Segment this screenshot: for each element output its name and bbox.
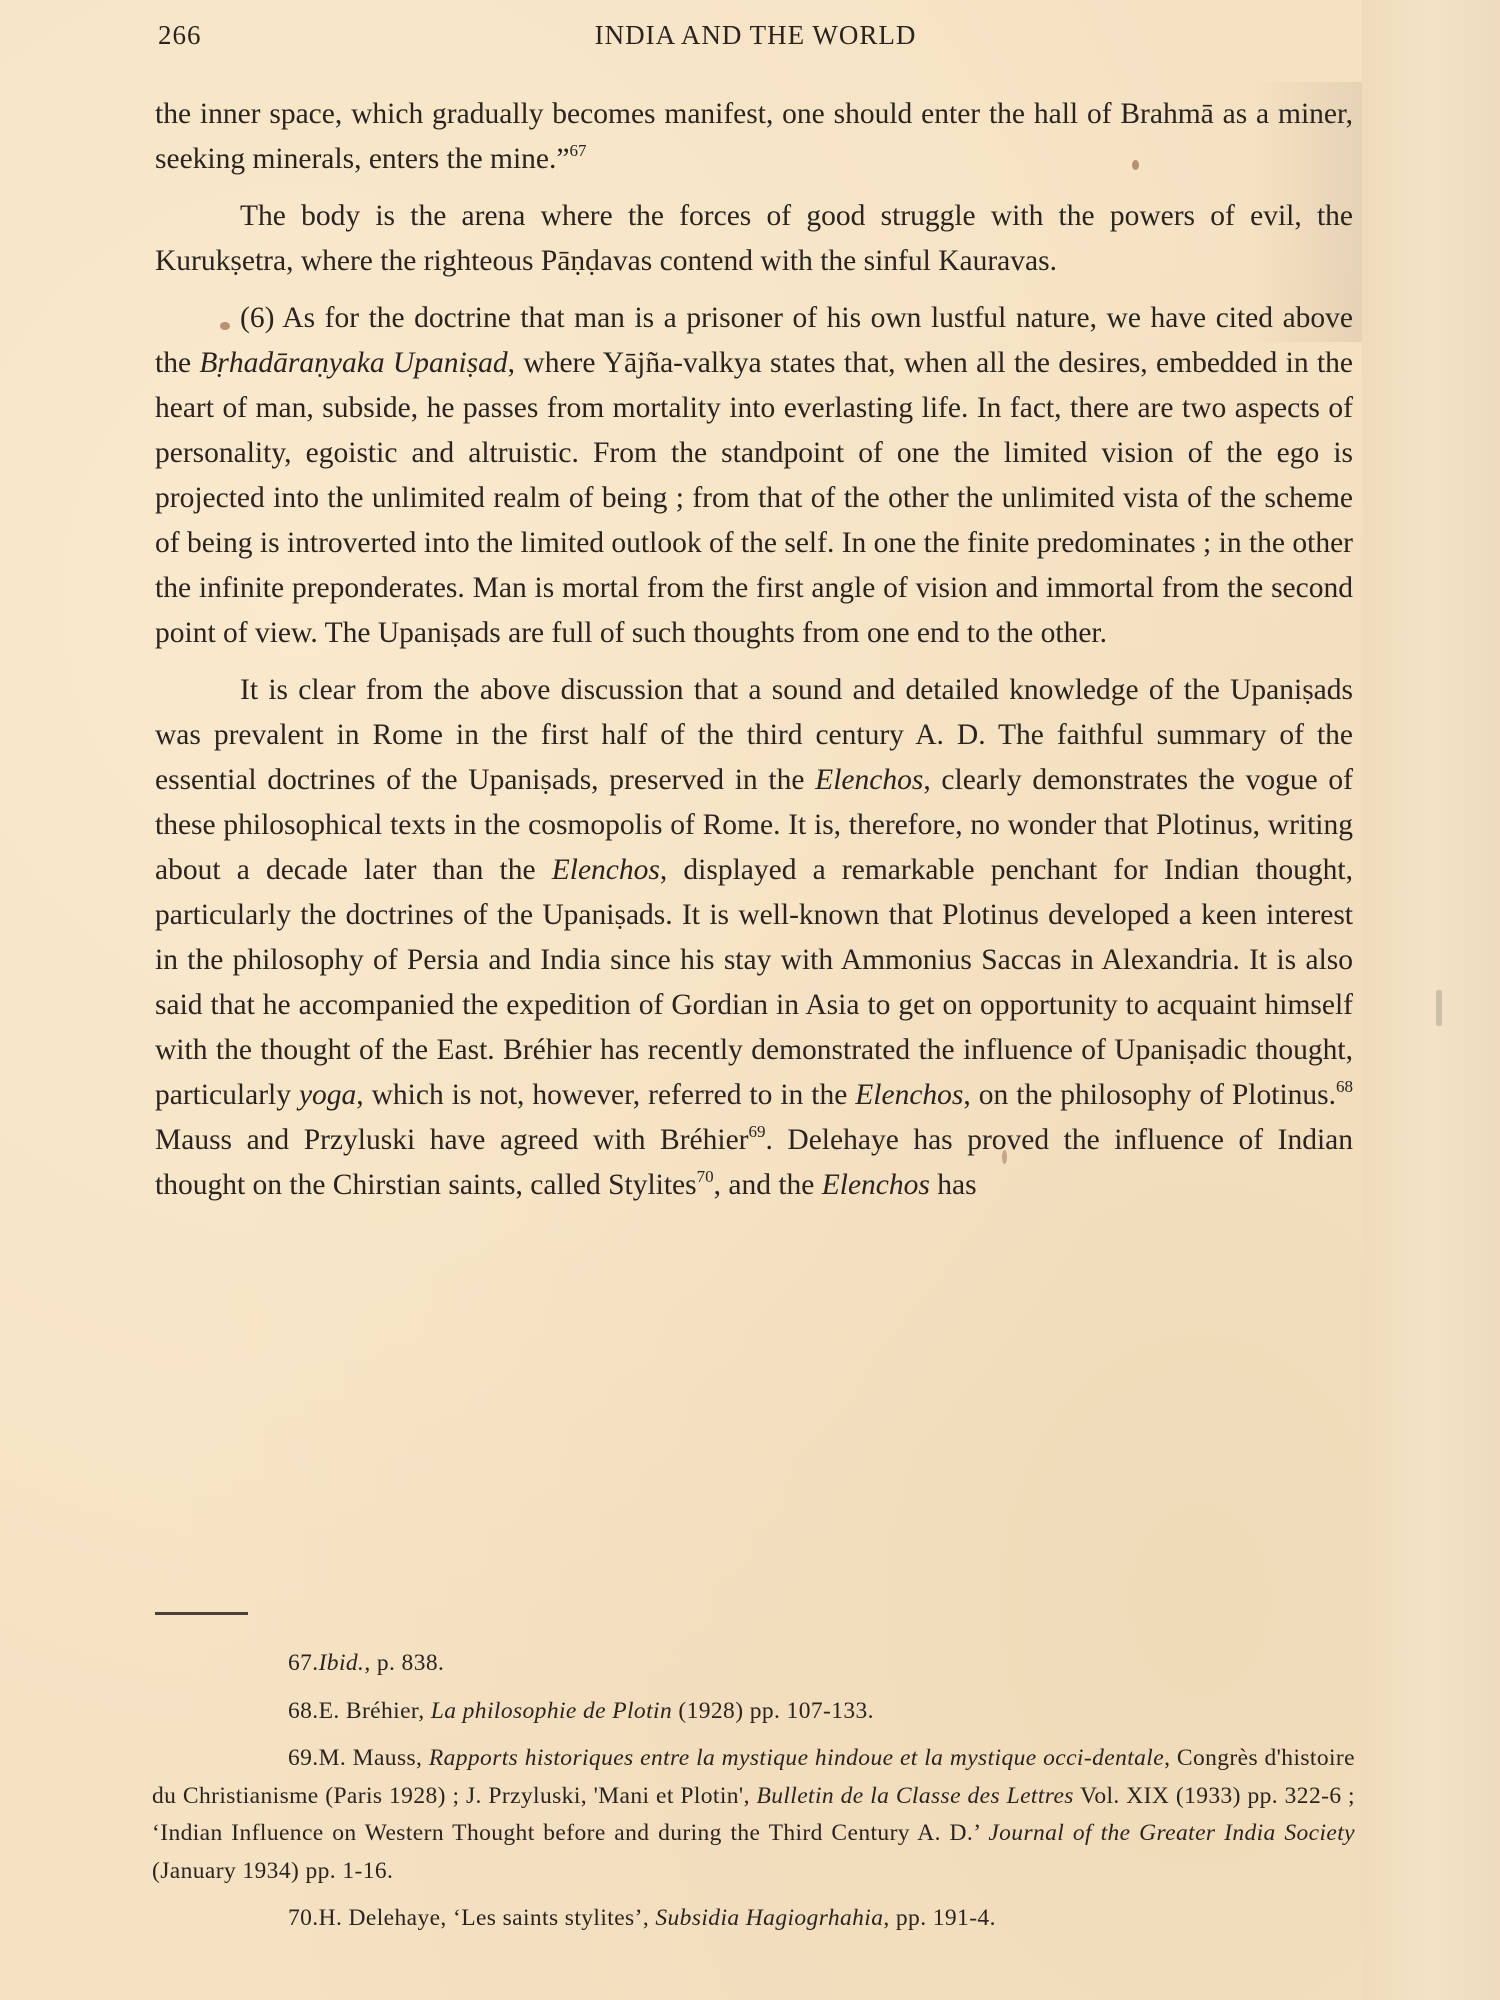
text-run: Mauss and Przyluski have agreed with Bré… [155, 1124, 749, 1156]
italic-text: Elenchos [552, 854, 660, 886]
footnote-reference: 67 [570, 141, 587, 160]
footnote-rule [155, 1612, 248, 1615]
running-title: INDIA AND THE WORLD [158, 20, 1353, 51]
italic-text: Journal of the Greater India Society [988, 1820, 1355, 1846]
running-header: 266 INDIA AND THE WORLD [158, 20, 1353, 64]
paragraph: The body is the arena where the forces o… [155, 194, 1353, 284]
text-run: the inner space, which gradually becomes… [155, 98, 1353, 175]
text-run: , which is not, however, referred to in … [356, 1079, 855, 1111]
text-run: The body is the arena where the forces o… [155, 200, 1353, 277]
main-text: the inner space, which gradually becomes… [155, 92, 1353, 1220]
text-run: , and the [714, 1169, 822, 1201]
text-run: , pp. 191-4. [883, 1905, 996, 1931]
italic-text: Elenchos [815, 764, 923, 796]
italic-text: Ibid. [319, 1650, 365, 1676]
italic-text: Subsidia Hagiogrhahia [655, 1905, 883, 1931]
footnote-number: 67. [220, 1645, 319, 1683]
text-run: (1928) pp. 107-133. [672, 1698, 874, 1724]
paper-stain [1002, 1150, 1007, 1164]
footnote-reference: 70 [697, 1167, 714, 1186]
footnote-reference: 68 [1336, 1077, 1353, 1096]
italic-text: yoga [299, 1079, 356, 1111]
text-run: M. Mauss, [319, 1745, 429, 1771]
footnote: 67.Ibid., p. 838. [152, 1645, 1355, 1683]
footnote-number: 68. [220, 1693, 319, 1731]
paper-stain [220, 322, 230, 330]
italic-text: Elenchos [855, 1079, 963, 1111]
footnote: 69.M. Mauss, Rapports historiques entre … [152, 1740, 1355, 1890]
text-run: , displayed a remarkable penchant for In… [155, 854, 1353, 1111]
paragraph: It is clear from the above discussion th… [155, 668, 1353, 1208]
text-run: , where Yājña-valkya states that, when a… [155, 347, 1353, 649]
footnote: 68.E. Bréhier, La philosophie de Plotin … [152, 1693, 1355, 1731]
footnote: 70.H. Delehaye, ‘Les saints stylites’, S… [152, 1900, 1355, 1938]
paper-stain [1436, 990, 1442, 1026]
paragraph: the inner space, which gradually becomes… [155, 92, 1353, 182]
text-run: has [930, 1169, 977, 1201]
italic-text: Bṛhadāraṇyaka Upaniṣad [199, 347, 507, 379]
italic-text: Elenchos [822, 1169, 930, 1201]
text-run: H. Delehaye, ‘Les saints stylites’, [319, 1905, 656, 1931]
italic-text: Rapports historiques entre la mystique h… [429, 1745, 1164, 1771]
text-run: (January 1934) pp. 1-16. [152, 1858, 393, 1884]
paragraph: (6) As for the doctrine that man is a pr… [155, 296, 1353, 656]
italic-text: La philosophie de Plotin [431, 1698, 672, 1724]
book-page: 266 INDIA AND THE WORLD the inner space,… [0, 0, 1500, 2000]
page-edge-margin [1362, 0, 1500, 2000]
footnote-number: 69. [220, 1740, 319, 1778]
text-run: , on the philosophy of Plotinus. [963, 1079, 1336, 1111]
footnotes: 67.Ibid., p. 838.68.E. Bréhier, La philo… [152, 1645, 1355, 1948]
paper-stain [1132, 160, 1139, 170]
footnote-reference: 69 [749, 1122, 766, 1141]
text-run: , p. 838. [364, 1650, 444, 1676]
footnote-number: 70. [220, 1900, 319, 1938]
italic-text: Bulletin de la Classe des Lettres [756, 1783, 1073, 1809]
text-run: E. Bréhier, [319, 1698, 431, 1724]
